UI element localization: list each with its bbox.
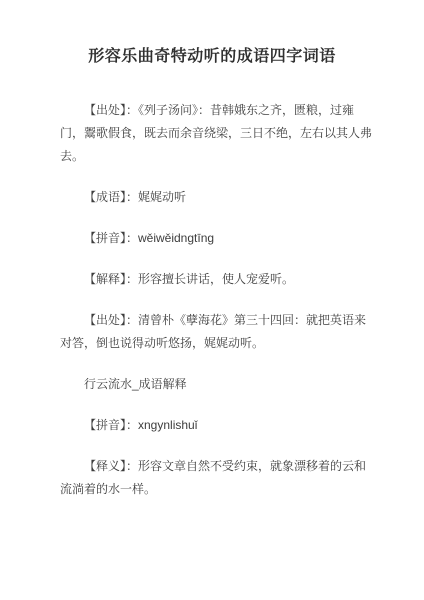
entry-source-1: 【出处】：《列子汤问》：昔韩娥东之齐，匮粮，过雍门，鬻歌假食，既去而余音绕梁，三…: [60, 99, 374, 168]
entry-explanation: 【解释】：形容擅长讲话，使人宠爱听。: [60, 268, 374, 291]
document-body: 【出处】：《列子汤问》：昔韩娥东之齐，匮粮，过雍门，鬻歌假食，既去而余音绕梁，三…: [60, 99, 374, 501]
section-heading: 行云流水_成语解释: [60, 373, 374, 396]
entry-idiom: 【成语】：娓娓动听: [60, 186, 374, 209]
page-title: 形容乐曲奇特动听的成语四字词语: [0, 46, 424, 67]
entry-source-2: 【出处】：清曾朴《孽海花》第三十四回：就把英语来对答，倒也说得动听悠扬，娓娓动听…: [60, 309, 374, 355]
entry-pinyin-2: 【拼音】：xngynlishuǐ: [60, 414, 374, 437]
entry-pinyin-1: 【拼音】：wěiwěidngtīng: [60, 227, 374, 250]
document-page: 形容乐曲奇特动听的成语四字词语 【出处】：《列子汤问》：昔韩娥东之齐，匮粮，过雍…: [0, 0, 424, 600]
entry-meaning: 【释义】：形容文章自然不受约束，就象漂移着的云和流淌着的水一样。: [60, 455, 374, 501]
